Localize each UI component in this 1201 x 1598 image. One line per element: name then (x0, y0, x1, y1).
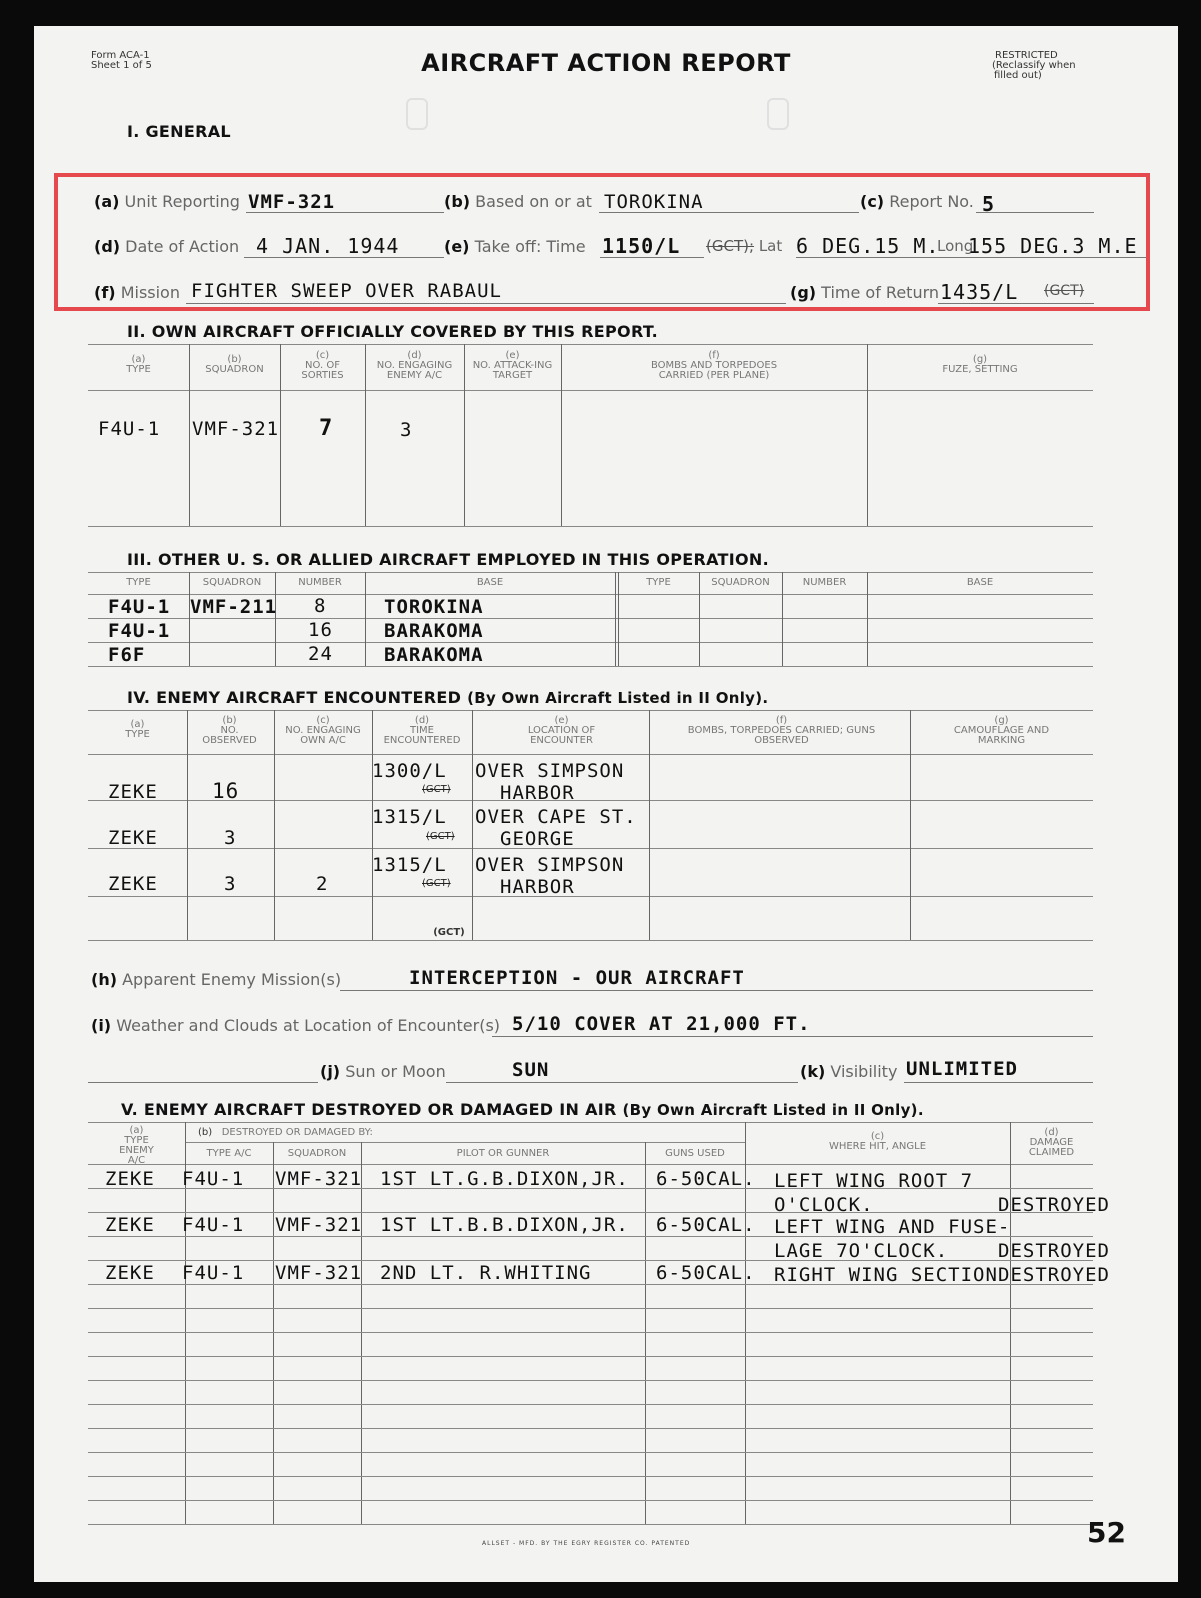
col-header-base-2: BASE (867, 578, 1093, 588)
enemy-observed: 3 (224, 873, 236, 895)
own-squadron: VMF-321 (192, 418, 279, 440)
col-header-damage: (d)DAMAGE CLAIMED (1010, 1128, 1093, 1158)
destroyed-where-hit: RIGHT WING SECTION (774, 1264, 998, 1286)
col-header-type: (a)TYPE (88, 720, 187, 740)
classification-note: filled out) (992, 71, 1076, 81)
enemy-location: HARBOR (500, 876, 575, 898)
time-of-return-value: 1435/L (940, 280, 1018, 304)
destroyed-damage: DESTROYED (998, 1264, 1110, 1286)
allied-number: 16 (308, 619, 333, 641)
col-header-number-2: NUMBER (782, 578, 867, 588)
allied-base: BARAKOMA (384, 644, 484, 666)
enemy-location: OVER CAPE ST. (475, 806, 637, 828)
time-gct-footer: (GCT) (429, 928, 469, 938)
col-header-time: (d)TIME ENCOUNTERED (380, 716, 464, 746)
enemy-type: ZEKE (108, 873, 158, 895)
enemy-mission-value: INTERCEPTION - OUR AIRCRAFT (409, 967, 745, 989)
unit-reporting-value: VMF-321 (248, 191, 335, 213)
own-type: F4U-1 (98, 418, 160, 440)
enemy-time-gct-struck: (GCT) (422, 878, 451, 889)
hole-punch-right (767, 98, 789, 130)
report-no-label: (c) Report No. (860, 192, 974, 211)
destroyed-where-hit: LEFT WING ROOT 7 (774, 1170, 973, 1192)
enemy-time: 1315/L (372, 806, 447, 828)
destroyed-damage: DESTROYED (998, 1240, 1110, 1262)
weather-value: 5/10 COVER AT 21,000 FT. (512, 1013, 811, 1035)
latitude-value: 6 DEG.15 M. (796, 234, 939, 258)
col-header-sorties: (c)NO. OF SORTIES (285, 351, 360, 381)
col-header-attacking: (e)NO. ATTACK-ING TARGET (470, 351, 555, 381)
col-header-squadron-2: SQUADRON (699, 578, 782, 588)
destroyed-guns: 6-50CAL. (656, 1262, 756, 1284)
enemy-location: OVER SIMPSON (475, 760, 624, 782)
destroyed-where-hit: LAGE 7O'CLOCK. (774, 1240, 948, 1262)
allied-type: F6F (108, 644, 145, 666)
section-general-heading: I. GENERAL (127, 122, 231, 141)
takeoff-time-value: 1150/L (602, 234, 680, 258)
enemy-observed: 16 (212, 779, 239, 803)
classification-block: RESTRICTED (Reclassify when filled out) (992, 51, 1076, 81)
destroyed-squadron: VMF-321 (275, 1214, 362, 1236)
col-header-engaging: (d)NO. ENGAGING ENEMY A/C (365, 351, 464, 381)
col-header-base: BASE (365, 578, 615, 588)
destroyed-enemy-type: ZEKE (105, 1262, 155, 1284)
allied-type: F4U-1 (108, 596, 170, 618)
col-header-type: TYPE (88, 578, 189, 588)
allied-base: BARAKOMA (384, 620, 484, 642)
allied-squadron: VMF-211 (190, 596, 277, 618)
printer-imprint: ALLSET - MFD. BY THE EGRY REGISTER CO. P… (482, 1540, 690, 1547)
col-header-destroyed-by: (b) DESTROYED OR DAMAGED BY: (198, 1128, 373, 1138)
col-header-fuze: (g)FUZE, SETTING (867, 355, 1093, 375)
destroyed-pilot: 2ND LT. R.WHITING (380, 1262, 591, 1284)
based-at-label: (b) Based on or at (444, 192, 592, 211)
col-header-squadron: SQUADRON (273, 1149, 361, 1159)
col-header-pilot: PILOT OR GUNNER (361, 1149, 645, 1159)
col-header-location: (e)LOCATION OF ENCOUNTER (514, 716, 609, 746)
col-header-type: (a)TYPE (88, 355, 189, 375)
return-gct-struck: (GCT) (1044, 283, 1084, 299)
enemy-location: GEORGE (500, 828, 575, 850)
destroyed-pilot: 1ST LT.B.B.DIXON,JR. (380, 1214, 629, 1236)
time-of-return-label: (g) Time of Return (790, 283, 939, 302)
col-header-engaging: (c)NO. ENGAGING OWN A/C (277, 716, 369, 746)
weather-label: (i) Weather and Clouds at Location of En… (91, 1016, 500, 1035)
enemy-time-gct-struck: (GCT) (422, 784, 451, 795)
destroyed-where-hit: LEFT WING AND FUSE- (774, 1216, 1010, 1238)
allied-base: TOROKINA (384, 596, 484, 618)
enemy-time: 1300/L (372, 760, 447, 782)
allied-number: 24 (308, 643, 333, 665)
col-header-where-hit: (c)WHERE HIT, ANGLE (745, 1132, 1010, 1152)
enemy-location: OVER SIMPSON (475, 854, 624, 876)
report-page: Form ACA-1 Sheet 1 of 5 AIRCRAFT ACTION … (34, 26, 1178, 1582)
destroyed-squadron: VMF-321 (275, 1168, 362, 1190)
col-header-enemy-type: (a)TYPE ENEMY A/C (88, 1126, 185, 1166)
hole-punch-left (406, 98, 428, 130)
own-sorties: 7 (319, 416, 333, 441)
destroyed-own-type: F4U-1 (182, 1262, 244, 1284)
destroyed-guns: 6-50CAL. (656, 1168, 756, 1190)
mission-label: (f) Mission (94, 283, 180, 302)
section-allied-aircraft-heading: III. OTHER U. S. OR ALLIED AIRCRAFT EMPL… (127, 550, 769, 569)
enemy-type: ZEKE (108, 827, 158, 849)
destroyed-enemy-type: ZEKE (105, 1168, 155, 1190)
destroyed-where-hit: O'CLOCK. (774, 1194, 874, 1216)
date-of-action-label: (d) Date of Action (94, 237, 239, 256)
section-enemy-destroyed-heading: V. ENEMY AIRCRAFT DESTROYED OR DAMAGED I… (121, 1100, 924, 1119)
takeoff-gct-struck: (GCT); Lat (706, 237, 782, 255)
col-header-observed: (b)NO. OBSERVED (197, 716, 262, 746)
enemy-engaging: 2 (316, 873, 328, 895)
destroyed-pilot: 1ST LT.G.B.DIXON,JR. (380, 1168, 629, 1190)
allied-number: 8 (314, 595, 326, 617)
destroyed-own-type: F4U-1 (182, 1214, 244, 1236)
mission-value: FIGHTER SWEEP OVER RABAUL (191, 280, 502, 302)
col-header-number: NUMBER (275, 578, 365, 588)
col-header-type-2: TYPE (618, 578, 699, 588)
report-no-value: 5 (982, 192, 995, 216)
enemy-type: ZEKE (108, 781, 158, 803)
col-header-type-ac: TYPE A/C (185, 1149, 273, 1159)
section-enemy-encountered-heading: IV. ENEMY AIRCRAFT ENCOUNTERED (By Own A… (127, 688, 768, 707)
enemy-time-gct-struck: (GCT) (426, 831, 455, 842)
col-header-squadron: (b)SQUADRON (189, 355, 280, 375)
col-header-bombs-guns: (f)BOMBS, TORPEDOES CARRIED; GUNS OBSERV… (684, 716, 879, 746)
visibility-label: (k) Visibility (800, 1062, 897, 1081)
destroyed-own-type: F4U-1 (182, 1168, 244, 1190)
col-header-bombs: (f)BOMBS AND TORPEDOES CARRIED (PER PLAN… (634, 351, 794, 381)
col-header-guns: GUNS USED (645, 1149, 745, 1159)
destroyed-enemy-type: ZEKE (105, 1214, 155, 1236)
visibility-value: UNLIMITED (906, 1058, 1018, 1080)
enemy-observed: 3 (224, 827, 236, 849)
date-of-action-value: 4 JAN. 1944 (256, 234, 399, 258)
sun-moon-label: (j) Sun or Moon (320, 1062, 446, 1081)
col-header-camouflage: (g)CAMOUFLAGE AND MARKING (934, 716, 1069, 746)
longitude-value: 155 DEG.3 M.E (968, 234, 1138, 258)
destroyed-squadron: VMF-321 (275, 1262, 362, 1284)
takeoff-time-label: (e) Take off: Time (444, 237, 586, 256)
allied-type: F4U-1 (108, 620, 170, 642)
section-own-aircraft-heading: II. OWN AIRCRAFT OFFICIALLY COVERED BY T… (127, 322, 658, 341)
own-engaging: 3 (400, 419, 412, 441)
enemy-time: 1315/L (372, 854, 447, 876)
destroyed-damage: DESTROYED (998, 1194, 1110, 1216)
col-header-squadron: SQUADRON (189, 578, 275, 588)
based-at-value: TOROKINA (604, 191, 704, 213)
sun-moon-value: SUN (512, 1059, 549, 1081)
enemy-mission-label: (h) Apparent Enemy Mission(s) (91, 970, 341, 989)
unit-reporting-label: (a) Unit Reporting (94, 192, 240, 211)
destroyed-guns: 6-50CAL. (656, 1214, 756, 1236)
page-number: 52 (1087, 1516, 1126, 1549)
enemy-location: HARBOR (500, 782, 575, 804)
